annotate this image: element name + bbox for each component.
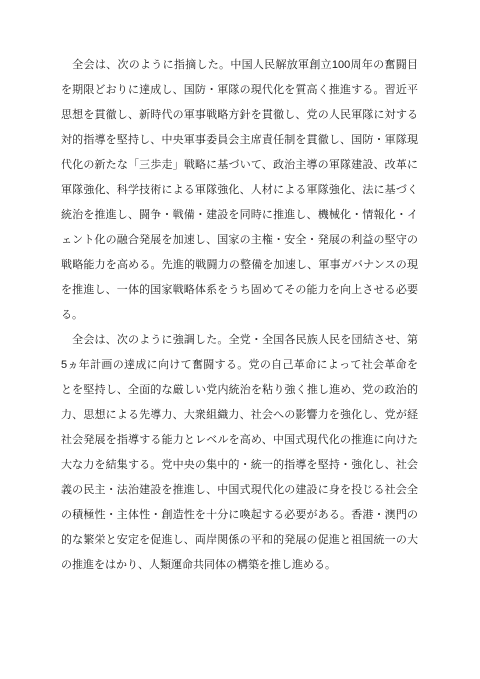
- text-line: の推進をはかり、人類運命共同体の構築を推し進める。: [61, 553, 418, 578]
- text-line: 全会は、次のように強調した。全党・全国各民族人民を団結させ、第15次: [61, 328, 418, 353]
- document-page: 全会は、次のように指摘した。中国人民解放軍創立100周年の奮闘目標を期限どおりに…: [0, 0, 480, 679]
- text-line: 社会発展を指導する能力とレベルを高め、中国式現代化の推進に向けた強: [61, 428, 418, 453]
- text-line: 思想を貫徹し、新時代の軍事戦略方針を貫徹し、党の人民軍隊に対する絶: [61, 103, 418, 128]
- text-line: 戦略能力を高める。先進的戦闘力の整備を加速し、軍事ガバナンスの現代化: [61, 253, 418, 278]
- text-line: 的な繁栄と安定を促進し、両岸関係の平和的発展の促進と祖国統一の大業: [61, 528, 418, 553]
- text-line: 軍隊強化、科学技術による軍隊強化、人材による軍隊強化、法に基づく軍隊: [61, 178, 418, 203]
- text-line: とを堅持し、全面的な厳しい党内統治を粘り強く推し進め、党の政治的指導: [61, 378, 418, 403]
- text-line: を推進し、一体的国家戦略体系をうち固めてその能力を向上させる必要があ: [61, 278, 418, 303]
- text-line: ェント化の融合発展を加速し、国家の主権・安全・発展の利益の堅守のための: [61, 228, 418, 253]
- document-body: 全会は、次のように指摘した。中国人民解放軍創立100周年の奮闘目標を期限どおりに…: [61, 53, 418, 578]
- text-line: 義の民主・法治建設を推進し、中国式現代化の建設に身を投じる社会全体: [61, 478, 418, 503]
- text-line: 代化の新たな「三歩走」戦略に基づいて、政治主導の軍隊建設、改革による: [61, 153, 418, 178]
- text-line: 対的指導を堅持し、中央軍事委員会主席責任制を貫徹し、国防・軍隊現: [61, 128, 418, 153]
- text-line: を期限どおりに達成し、国防・軍隊の現代化を質高く推進する。習近平強軍: [61, 78, 418, 103]
- text-line: 力、思想による先導力、大衆組織力、社会への影響力を強化し、党が経済・: [61, 403, 418, 428]
- text-line: る。: [61, 303, 418, 328]
- text-line: の積極性・主体性・創造性を十分に喚起する必要がある。香港・澳門の長期: [61, 503, 418, 528]
- text-line: 5ヵ年計画の達成に向けて奮闘する。党の自己革命によって社会革命を導くこ: [61, 353, 418, 378]
- text-line: 全会は、次のように指摘した。中国人民解放軍創立100周年の奮闘目標: [61, 53, 418, 78]
- text-line: 大な力を結集する。党中央の集中的・統一的指導を堅持・強化し、社会主: [61, 453, 418, 478]
- text-line: 統治を推進し、闘争・戦備・建設を同時に推進し、機械化・情報化・インテリジ: [61, 203, 418, 228]
